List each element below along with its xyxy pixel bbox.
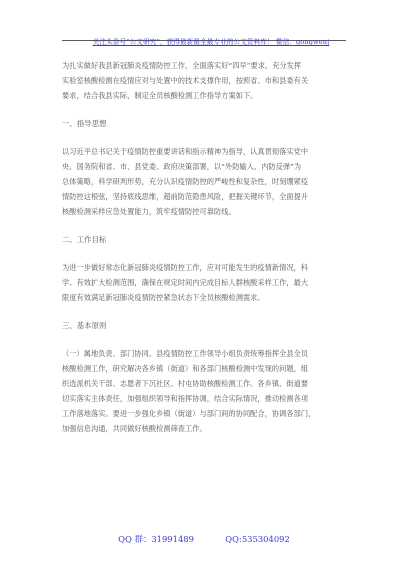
paragraph-line: 央、国务院和省、市、县党委、政府决策部署，以“外防输入、内防反弹”为 <box>62 159 346 174</box>
paragraph-line: 总体策略，科学研判形势，充分认识疫情防控的严峻性和复杂性，时刻绷紧疫 <box>62 174 346 189</box>
header-promo-link[interactable]: 关注头条号“公文研究”，获得最新最全最专业的公文资料库！ 微信：gongwenj <box>79 37 330 47</box>
paragraph-line: 工作落地落实。要进一步强化乡镇（街道）与部门间的协同配合，协调各部门， <box>62 406 346 421</box>
intro-line: 实验室核酸检测在疫情应对与处置中的技术支撑作用，按照省、市和县委有关 <box>62 73 346 88</box>
section-paragraph-guiding-ideology: 以习近平总书记关于疫情防控重要讲话和指示精神为指导，认真贯彻落实党中 央、国务院… <box>62 144 346 219</box>
intro-line: 为扎实做好我县新冠肺炎疫情防控工作，全面落实好“四早”要求，充分发挥 <box>62 58 346 73</box>
paragraph-line: 加强信息沟通，共同做好核酸检测筛查工作。 <box>62 421 346 436</box>
section-paragraph-basic-principles: （一）属地负责、部门协同。县疫情防控工作领导小组负责统筹指挥全县全员 核酸检测工… <box>62 346 346 436</box>
document-page: 关注头条号“公文研究”，获得最新最全最专业的公文资料库！ 微信：gongwenj… <box>0 0 408 580</box>
paragraph-line: 核酸检测工作，研究解决各乡镇（街道）和各部门核酸检测中发现的问题，组 <box>62 361 346 376</box>
paragraph-line: 核酸检测采样应急处置能力，筑牢疫情防控可靠防线。 <box>62 204 346 219</box>
section-heading-basic-principles: 三、基本原则 <box>62 318 346 333</box>
paragraph-line: 学、有效扩大检测范围，确保在规定时间内完成目标人群核酸采样工作，最大 <box>62 275 346 290</box>
paragraph-line: 切实落实主体责任，加强组织领导和指挥协调，结合实际情况，推动检测各项 <box>62 391 346 406</box>
paragraph-line: （一）属地负责、部门协同。县疫情防控工作领导小组负责统筹指挥全县全员 <box>62 346 346 361</box>
document-body: 为扎实做好我县新冠肺炎疫情防控工作，全面落实好“四早”要求，充分发挥 实验室核酸… <box>62 58 346 436</box>
intro-paragraph: 为扎实做好我县新冠肺炎疫情防控工作，全面落实好“四早”要求，充分发挥 实验室核酸… <box>62 58 346 103</box>
paragraph-line: 织选派机关干部、志愿者下沉社区、村屯协助核酸检测工作。各乡镇、街道要 <box>62 376 346 391</box>
section-heading-work-goals: 二、工作目标 <box>62 232 346 247</box>
paragraph-line: 以习近平总书记关于疫情防控重要讲话和指示精神为指导，认真贯彻落实党中 <box>62 144 346 159</box>
page-footer: QQ 群：31991489 QQ:535304092 <box>0 533 408 545</box>
intro-line: 要求，结合我县实际，制定全员核酸检测工作指导方案如下。 <box>62 88 346 103</box>
section-heading-guiding-ideology: 一、指导思想 <box>62 116 346 131</box>
paragraph-line: 限度有效满足新冠肺炎疫情防控紧急状态下全员核酸检测需求。 <box>62 290 346 305</box>
paragraph-line: 为进一步做好常态化新冠肺炎疫情防控工作，应对可能发生的疫情新情况，科 <box>62 260 346 275</box>
qq-group-number: QQ 群：31991489 <box>118 533 194 545</box>
section-paragraph-work-goals: 为进一步做好常态化新冠肺炎疫情防控工作，应对可能发生的疫情新情况，科 学、有效扩… <box>62 260 346 305</box>
page-header: 关注头条号“公文研究”，获得最新最全最专业的公文资料库！ 微信：gongwenj <box>62 29 346 41</box>
qq-number: QQ:535304092 <box>225 534 290 544</box>
paragraph-line: 情防控这根弦，坚持底线思维，超前防范隐患风险，把握关键环节，全面提升 <box>62 189 346 204</box>
